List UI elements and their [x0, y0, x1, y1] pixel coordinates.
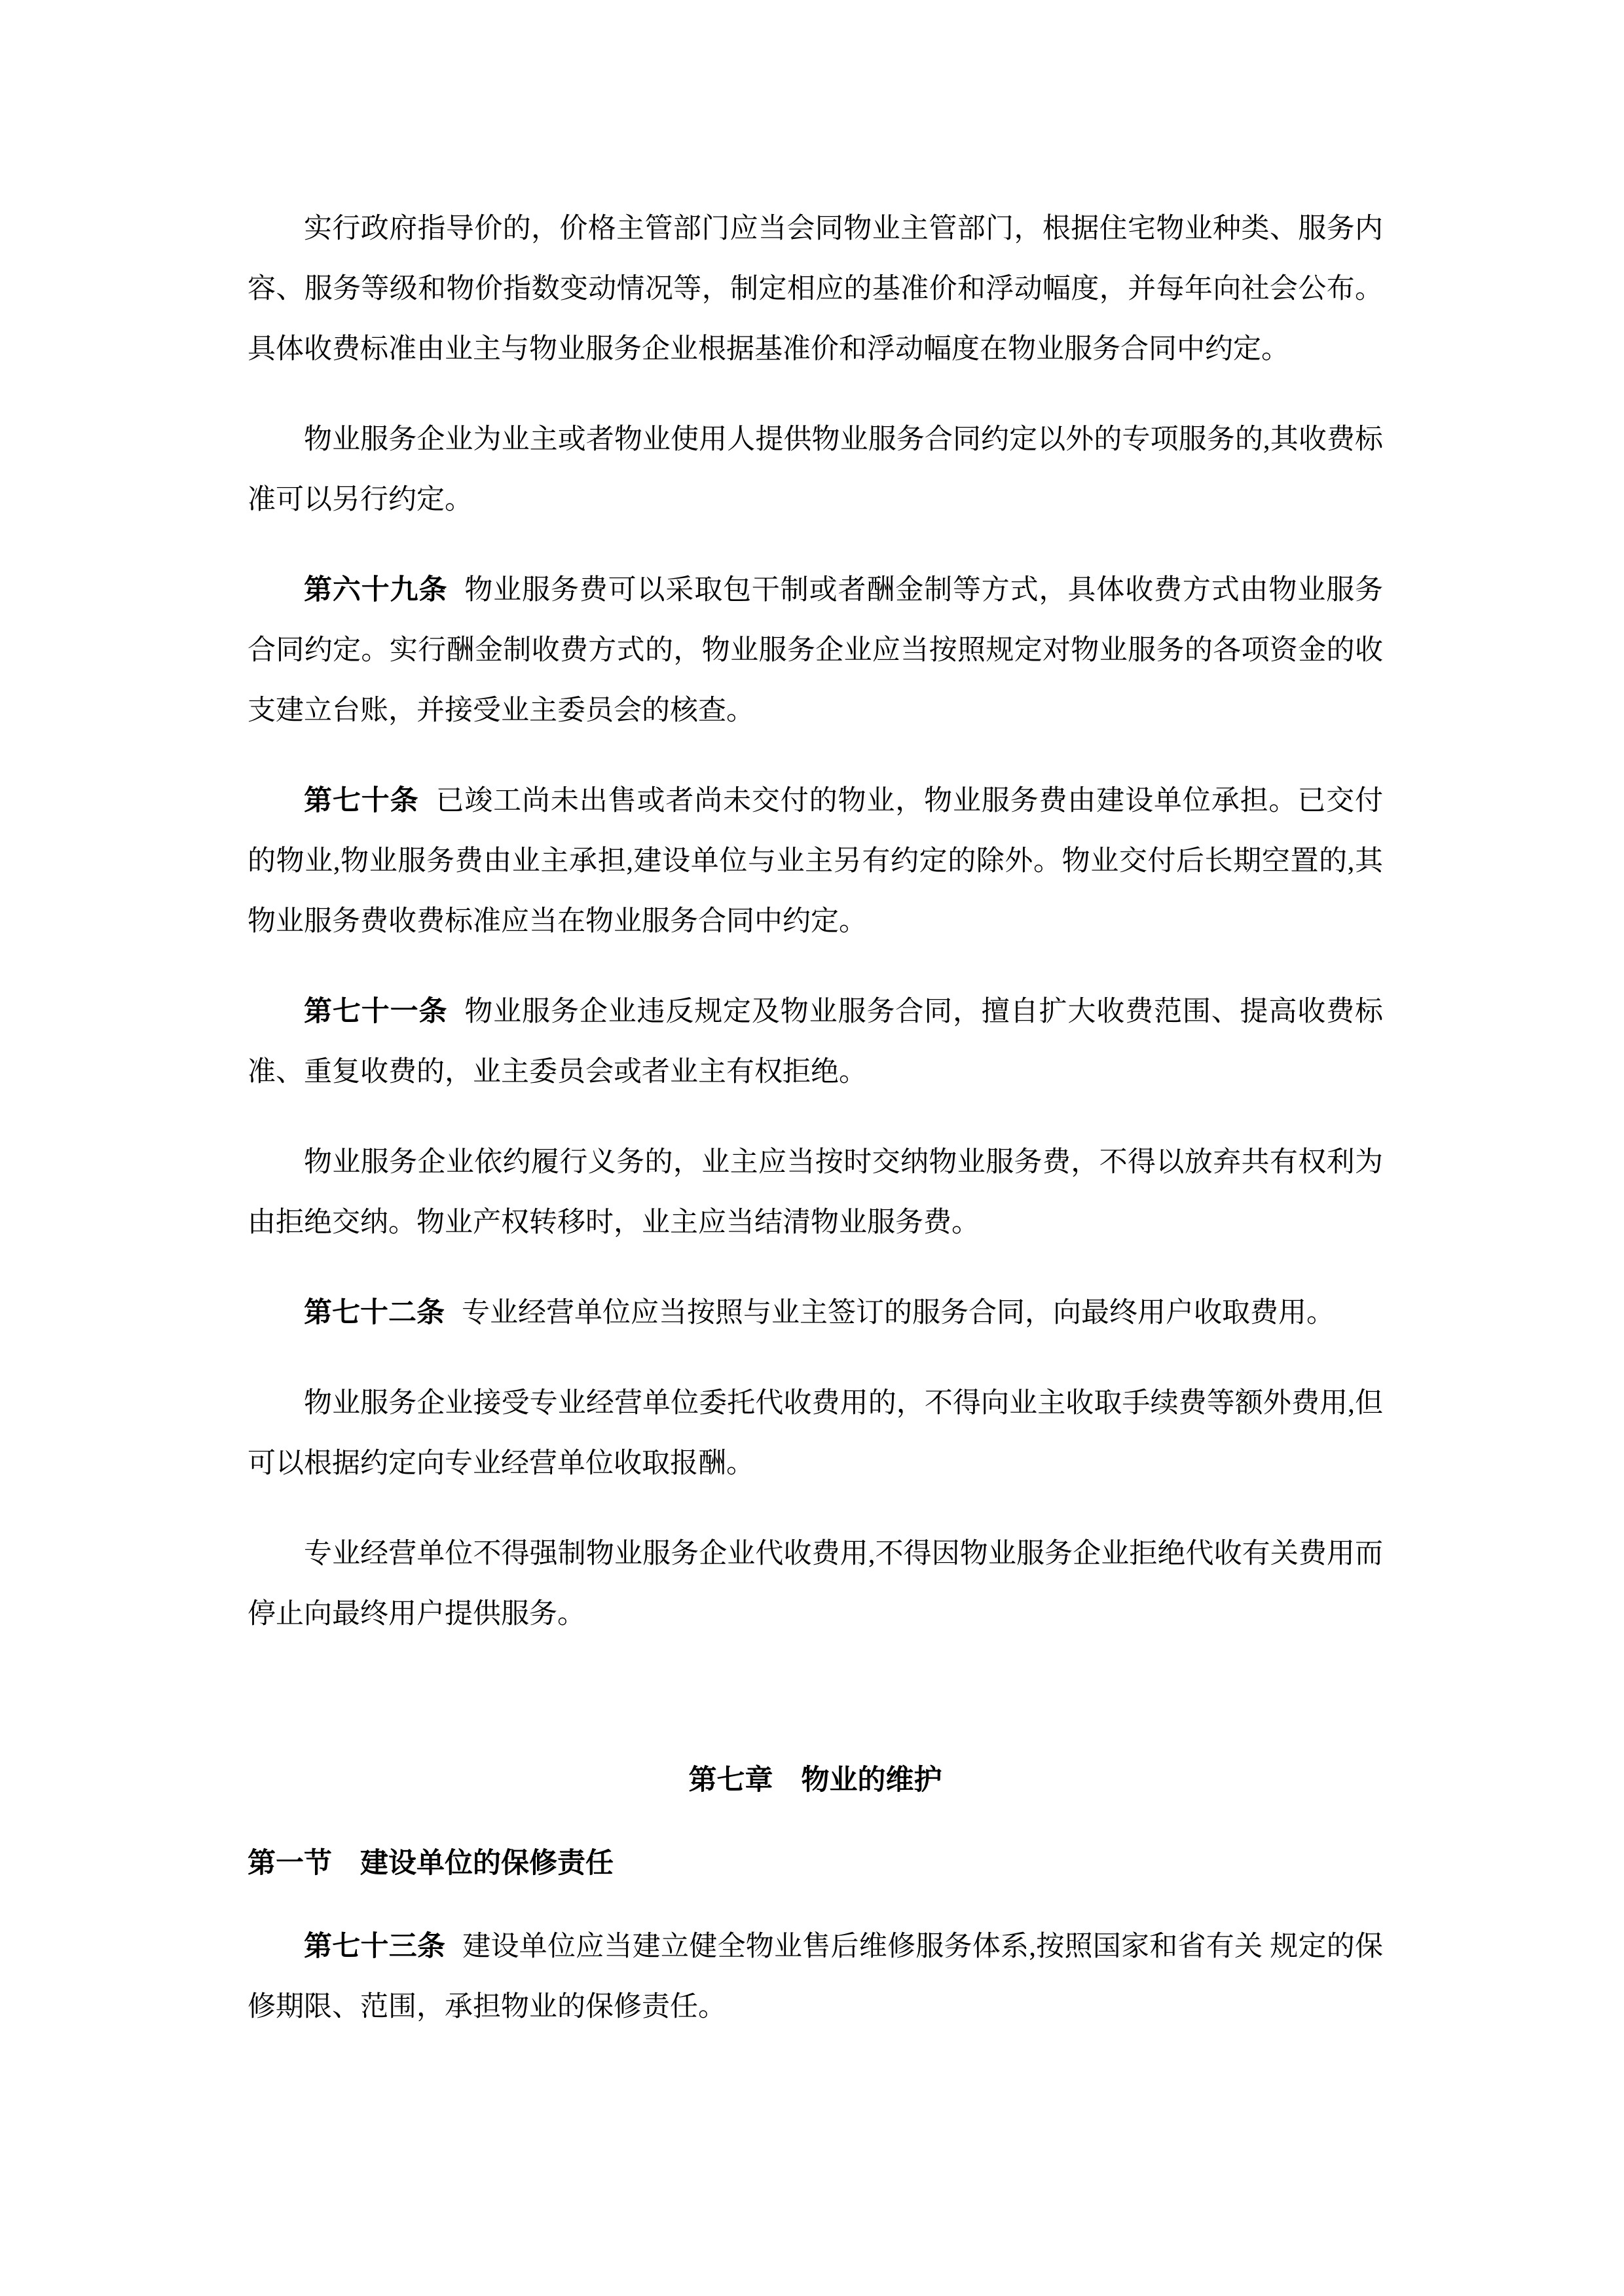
paragraph-text: 物业服务企业接受专业经营单位委托代收费用的，不得向业主收取手续费等额外费用,但可…	[248, 1388, 1383, 1479]
paragraph: 专业经营单位不得强制物业服务企业代收费用,不得因物业服务企业拒绝代收有关费用而停…	[248, 1524, 1383, 1645]
article-number: 第七十三条	[304, 1931, 445, 1962]
paragraph: 第七十一条物业服务企业违反规定及物业服务合同，擅自扩大收费范围、提高收费标准、重…	[248, 982, 1383, 1102]
article-number: 第七十一条	[304, 996, 447, 1027]
paragraph-text: 物业服务企业依约履行义务的，业主应当按时交纳物业服务费，不得以放弃共有权利为由拒…	[248, 1147, 1383, 1238]
article-number: 第七十二条	[304, 1298, 445, 1328]
paragraph-text: 专业经营单位应当按照与业主签订的服务合同，向最终用户收取费用。	[462, 1298, 1335, 1328]
chapter-number: 第七章	[689, 1765, 773, 1796]
paragraph: 第七十二条专业经营单位应当按照与业主签订的服务合同，向最终用户收取费用。	[248, 1283, 1383, 1343]
paragraph: 第七十条已竣工尚未出售或者尚未交付的物业，物业服务费由建设单位承担。已交付的物业…	[248, 771, 1383, 952]
article-number: 第六十九条	[304, 575, 447, 606]
section-heading: 第一节建设单位的保修责任	[248, 1834, 1383, 1894]
paragraph: 实行政府指导价的，价格主管部门应当会同物业主管部门，根据住宅物业种类、服务内容、…	[248, 199, 1383, 380]
paragraph-text: 实行政府指导价的，价格主管部门应当会同物业主管部门，根据住宅物业种类、服务内容、…	[248, 213, 1383, 365]
paragraph-text: 专业经营单位不得强制物业服务企业代收费用,不得因物业服务企业拒绝代收有关费用而停…	[248, 1539, 1383, 1630]
document-page: 实行政府指导价的，价格主管部门应当会同物业主管部门，根据住宅物业种类、服务内容、…	[0, 0, 1624, 2296]
paragraph: 第六十九条物业服务费可以采取包干制或者酬金制等方式，具体收费方式由物业服务合同约…	[248, 560, 1383, 741]
paragraph: 物业服务企业依约履行义务的，业主应当按时交纳物业服务费，不得以放弃共有权利为由拒…	[248, 1133, 1383, 1253]
paragraph: 物业服务企业接受专业经营单位委托代收费用的，不得向业主收取手续费等额外费用,但可…	[248, 1374, 1383, 1494]
paragraph: 第七十三条建设单位应当建立健全物业售后维修服务体系,按照国家和省有关 规定的保修…	[248, 1917, 1383, 2037]
paragraph-text: 物业服务企业为业主或者物业使用人提供物业服务合同约定以外的专项服务的,其收费标准…	[248, 424, 1383, 515]
article-number: 第七十条	[304, 786, 418, 816]
chapter-title: 物业的维护	[802, 1765, 942, 1796]
section-number: 第一节	[248, 1848, 332, 1879]
chapter-heading: 第七章物业的维护	[248, 1751, 1383, 1811]
paragraph: 物业服务企业为业主或者物业使用人提供物业服务合同约定以外的专项服务的,其收费标准…	[248, 410, 1383, 530]
section-title: 建设单位的保修责任	[360, 1848, 614, 1879]
